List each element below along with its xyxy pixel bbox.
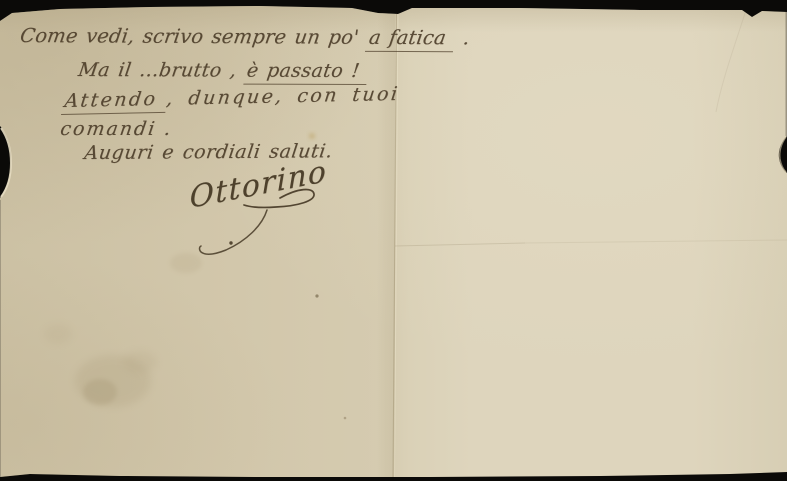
line-4-text: comandi . <box>59 118 174 140</box>
letter-line-3: Attendo, dunque, con tuoi <box>61 83 400 112</box>
letter-photo: Come vedi, scrivo sempre un po' a fatica… <box>0 0 787 481</box>
letter-line-4: comandi . <box>59 118 174 140</box>
line-3-underlined-text: Attendo <box>61 88 168 115</box>
handwriting-layer: Come vedi, scrivo sempre un po' a fatica… <box>0 0 787 481</box>
line-1-underlined-text: a fatica <box>365 26 457 52</box>
line-2-underlined-text: è passato ! <box>243 60 370 85</box>
letter-line-1: Come vedi, scrivo sempre un po' a fatica… <box>19 24 472 49</box>
line-3-tail-text: , dunque, con tuoi <box>165 83 401 110</box>
letter-line-2: Ma il ...brutto , è passato ! <box>77 59 370 82</box>
line-1-text: Come vedi, scrivo sempre un po' <box>19 24 369 49</box>
line-2-text: Ma il ...brutto , <box>77 59 247 82</box>
line-1-tail-text: . <box>453 26 471 49</box>
